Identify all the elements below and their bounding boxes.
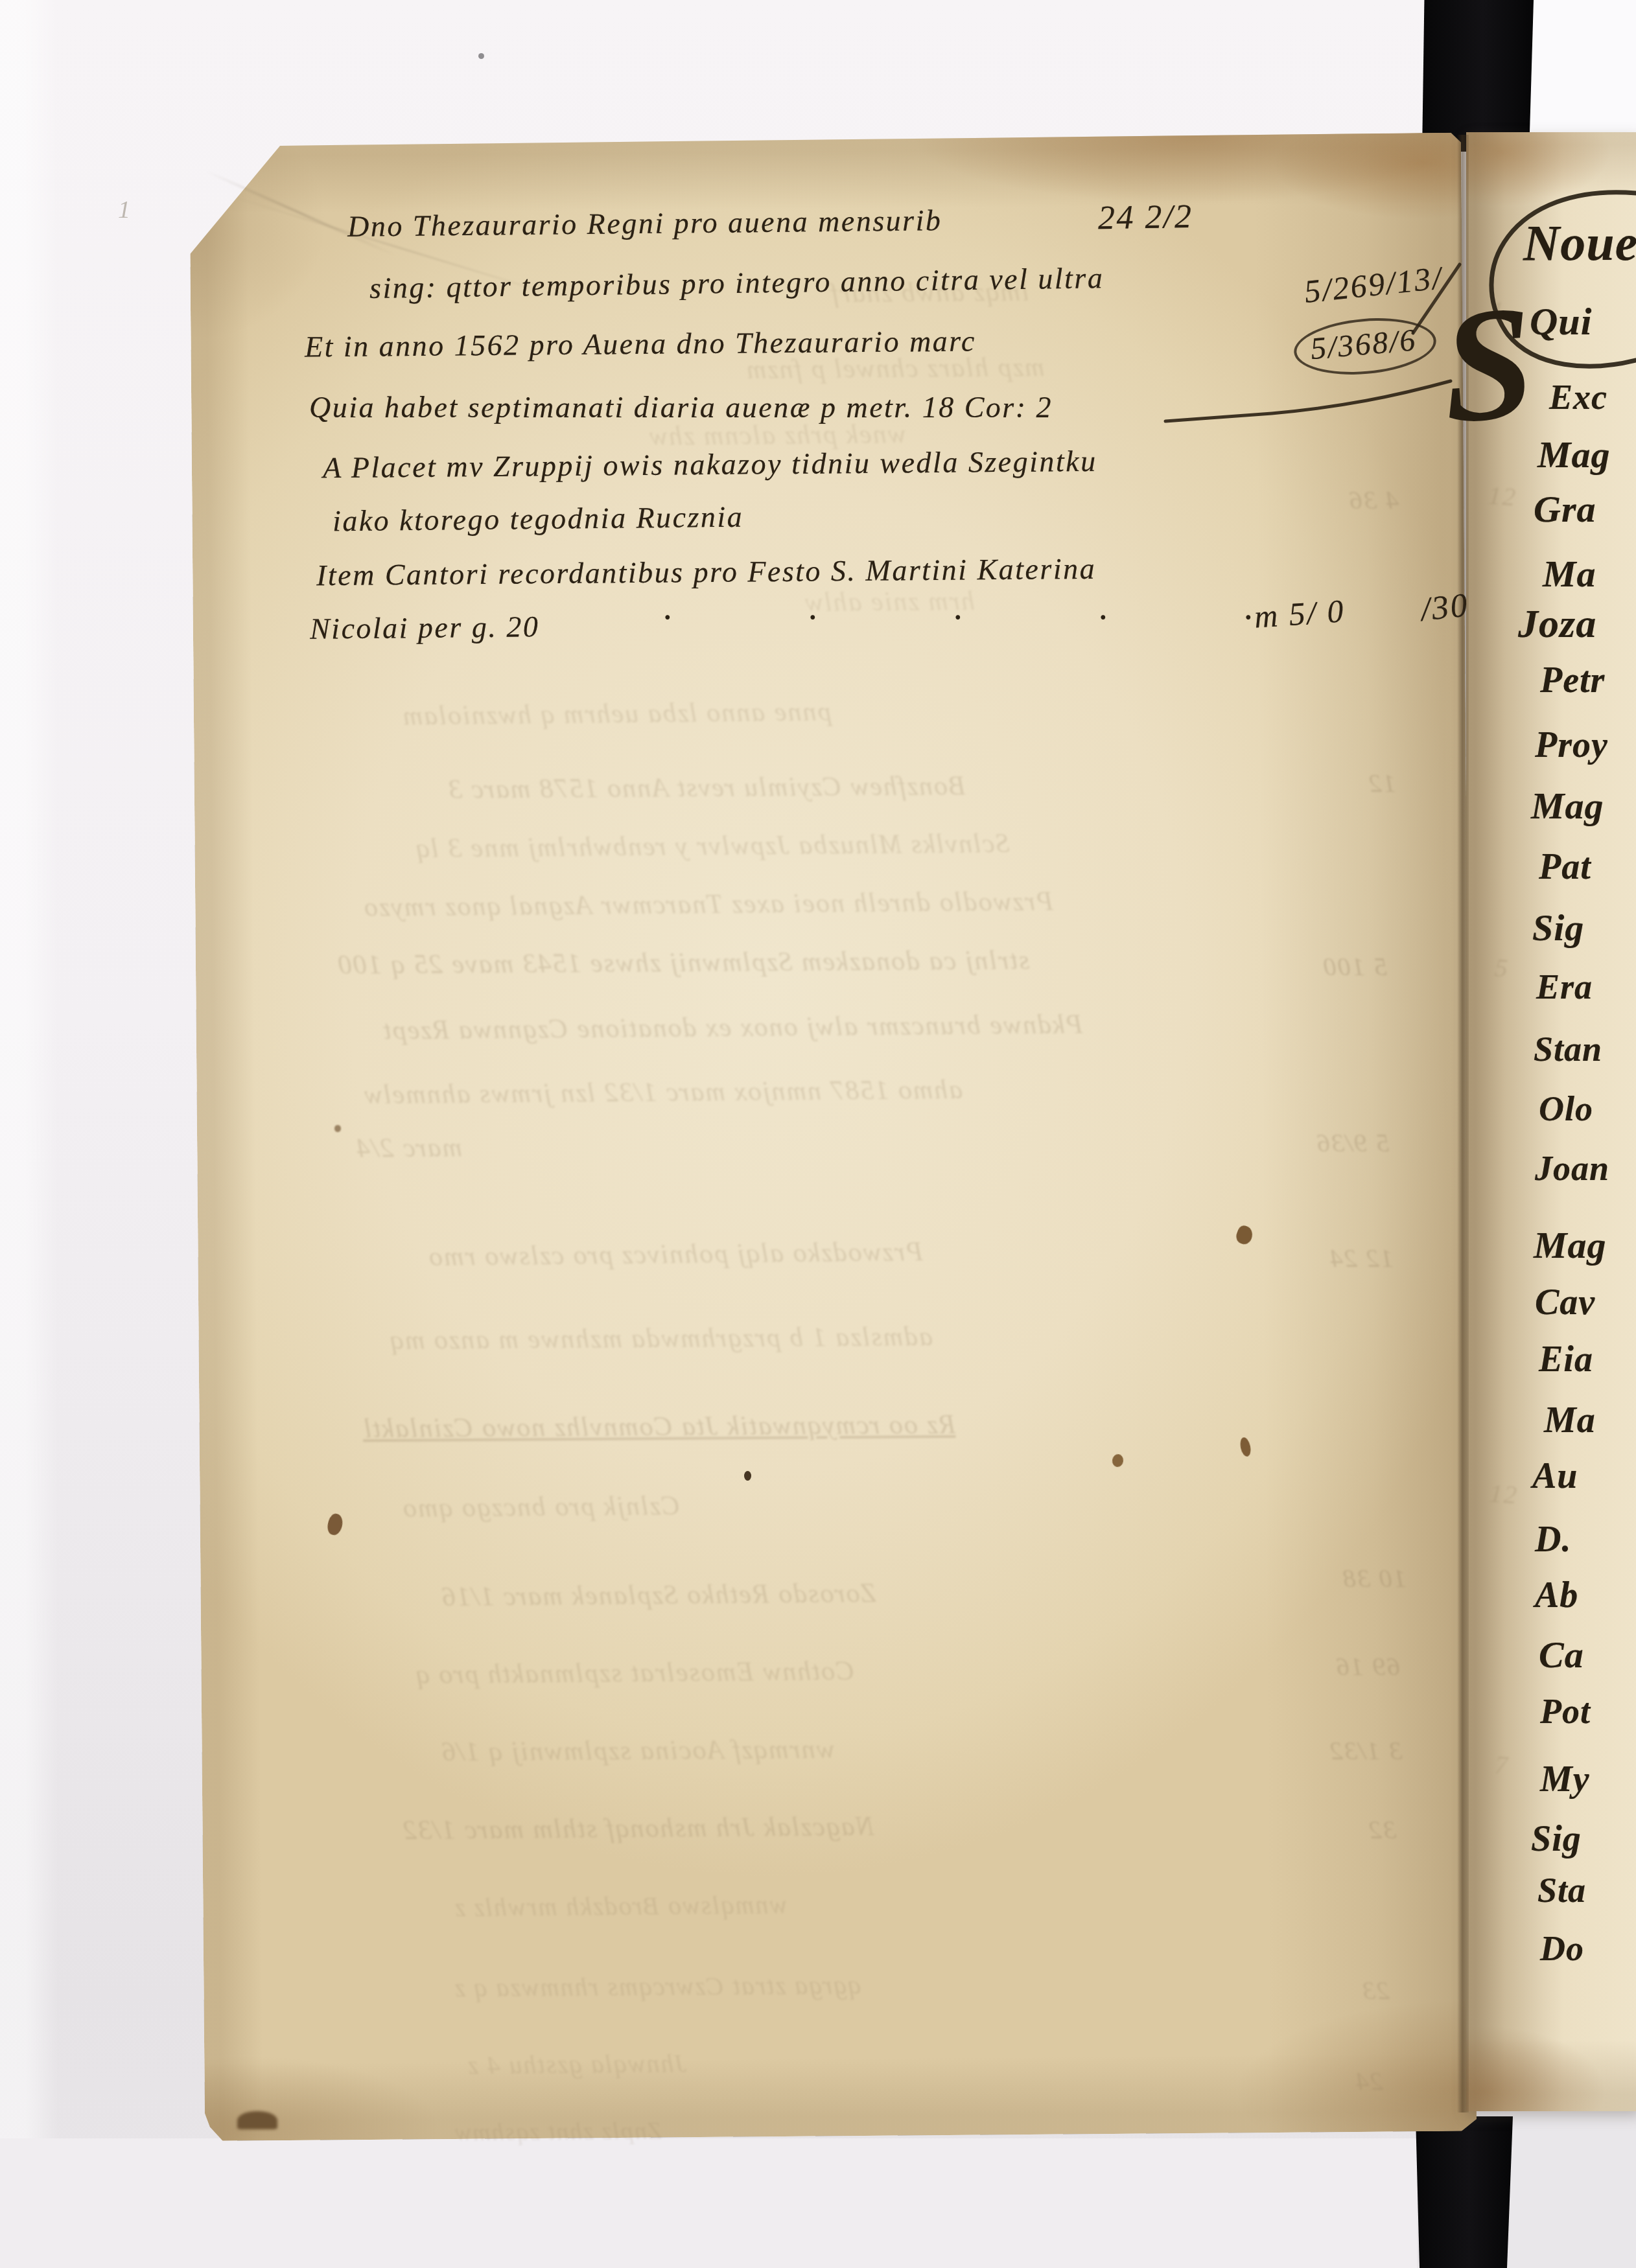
right-page-initial-s: S [1437,281,1538,448]
left-page-verso [189,133,1477,2141]
bookmark-ribbon-bottom [1416,2116,1513,2268]
manuscript-scan: lmqz ahwb znarfmzp hlarz chnwel p fnzmwn… [0,0,1636,2268]
foxing-speck [478,53,484,59]
scanner-background-bottom-right [1510,2106,1636,2268]
folio-pencil-mark: 1 [118,196,130,224]
scanner-background-bottom-left [0,2138,1417,2268]
bookmark-ribbon-top [1422,0,1534,152]
